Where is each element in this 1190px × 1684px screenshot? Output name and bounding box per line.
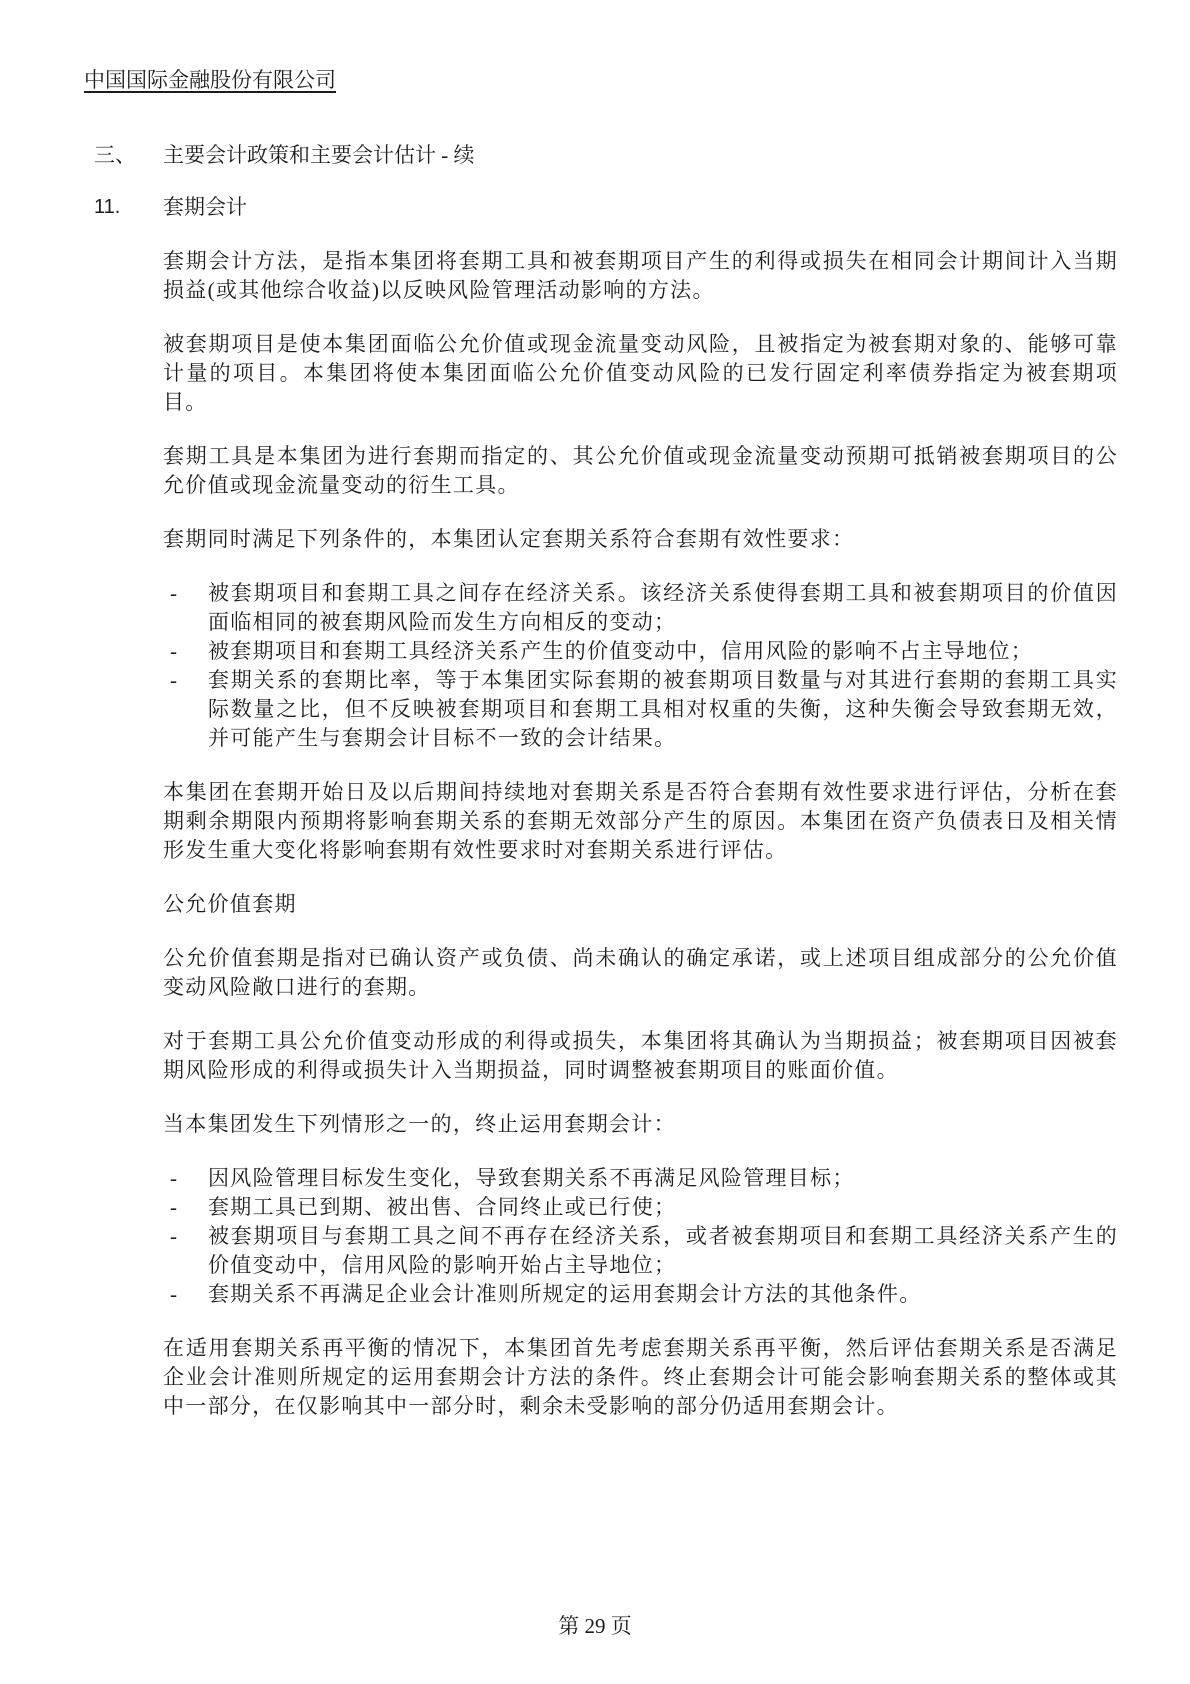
paragraph-hedging-instrument: 套期工具是本集团为进行套期而指定的、其公允价值或现金流量变动预期可抵销被套期项目… bbox=[163, 442, 1118, 500]
item-number: 11. bbox=[94, 193, 163, 222]
dash-marker: - bbox=[163, 637, 208, 666]
criteria-item: - 套期关系的套期比率，等于本集团实际套期的被套期项目数量与对其进行套期的套期工… bbox=[163, 666, 1118, 753]
criteria-item-text: 被套期项目和套期工具经济关系产生的价值变动中，信用风险的影响不占主导地位； bbox=[208, 637, 1118, 666]
paragraph-fair-value-hedge-definition: 公允价值套期是指对已确认资产或负债、尚未确认的确定承诺，或上述项目组成部分的公允… bbox=[163, 944, 1118, 1002]
paragraph-rebalancing: 在适用套期关系再平衡的情况下，本集团首先考虑套期关系再平衡，然后评估套期关系是否… bbox=[163, 1334, 1118, 1421]
document-body: 套期会计方法，是指本集团将套期工具和被套期项目产生的利得或损失在相同会计期间计入… bbox=[163, 247, 1118, 1421]
paragraph-hedge-accounting-method: 套期会计方法，是指本集团将套期工具和被套期项目产生的利得或损失在相同会计期间计入… bbox=[163, 247, 1118, 305]
condition-item: - 被套期项目与套期工具之间不再存在经济关系，或者被套期项目和套期工具经济关系产… bbox=[163, 1222, 1118, 1280]
dash-marker: - bbox=[163, 666, 208, 753]
paragraph-gain-loss-recognition: 对于套期工具公允价值变动形成的利得或损失，本集团将其确认为当期损益；被套期项目因… bbox=[163, 1027, 1118, 1085]
paragraph-hedged-item: 被套期项目是使本集团面临公允价值或现金流量变动风险，且被指定为被套期对象的、能够… bbox=[163, 330, 1118, 417]
criteria-item-text: 被套期项目和套期工具之间存在经济关系。该经济关系使得套期工具和被套期项目的价值因… bbox=[208, 579, 1118, 637]
condition-item-text: 被套期项目与套期工具之间不再存在经济关系，或者被套期项目和套期工具经济关系产生的… bbox=[208, 1222, 1118, 1280]
criteria-item: - 被套期项目和套期工具之间存在经济关系。该经济关系使得套期工具和被套期项目的价… bbox=[163, 579, 1118, 637]
dash-marker: - bbox=[163, 1164, 208, 1193]
section-number: 三、 bbox=[94, 141, 163, 170]
condition-item-text: 套期关系不再满足企业会计准则所规定的运用套期会计方法的其他条件。 bbox=[208, 1280, 1118, 1309]
paragraph-effectiveness-intro: 套期同时满足下列条件的，本集团认定套期关系符合套期有效性要求： bbox=[163, 525, 1118, 554]
criteria-item: - 被套期项目和套期工具经济关系产生的价值变动中，信用风险的影响不占主导地位； bbox=[163, 637, 1118, 666]
criteria-item-text: 套期关系的套期比率，等于本集团实际套期的被套期项目数量与对其进行套期的套期工具实… bbox=[208, 666, 1118, 753]
company-name-header: 中国国际金融股份有限公司 bbox=[84, 66, 1190, 95]
paragraph-ongoing-assessment: 本集团在套期开始日及以后期间持续地对套期关系是否符合套期有效性要求进行评估，分析… bbox=[163, 778, 1118, 865]
document-page: 中国国际金融股份有限公司 三、 主要会计政策和主要会计估计 - 续 11. 套期… bbox=[0, 0, 1190, 1684]
condition-item-text: 因风险管理目标发生变化，导致套期关系不再满足风险管理目标； bbox=[208, 1164, 1118, 1193]
condition-item: - 因风险管理目标发生变化，导致套期关系不再满足风险管理目标； bbox=[163, 1164, 1118, 1193]
dash-marker: - bbox=[163, 1193, 208, 1222]
paragraph-termination-intro: 当本集团发生下列情形之一的，终止运用套期会计： bbox=[163, 1110, 1118, 1139]
dash-marker: - bbox=[163, 579, 208, 637]
condition-item-text: 套期工具已到期、被出售、合同终止或已行使； bbox=[208, 1193, 1118, 1222]
section-heading: 三、 主要会计政策和主要会计估计 - 续 bbox=[0, 141, 1190, 170]
condition-item: - 套期关系不再满足企业会计准则所规定的运用套期会计方法的其他条件。 bbox=[163, 1280, 1118, 1309]
item-heading: 11. 套期会计 bbox=[0, 193, 1190, 222]
dash-marker: - bbox=[163, 1280, 208, 1309]
page-number: 第 29 页 bbox=[0, 1612, 1190, 1641]
section-title: 主要会计政策和主要会计估计 - 续 bbox=[163, 141, 475, 170]
dash-marker: - bbox=[163, 1222, 208, 1280]
hedge-effectiveness-criteria-list: - 被套期项目和套期工具之间存在经济关系。该经济关系使得套期工具和被套期项目的价… bbox=[163, 579, 1118, 753]
fair-value-hedge-subheading: 公允价值套期 bbox=[163, 890, 1118, 919]
item-title: 套期会计 bbox=[163, 193, 247, 222]
condition-item: - 套期工具已到期、被出售、合同终止或已行使； bbox=[163, 1193, 1118, 1222]
hedge-termination-conditions-list: - 因风险管理目标发生变化，导致套期关系不再满足风险管理目标； - 套期工具已到… bbox=[163, 1164, 1118, 1309]
